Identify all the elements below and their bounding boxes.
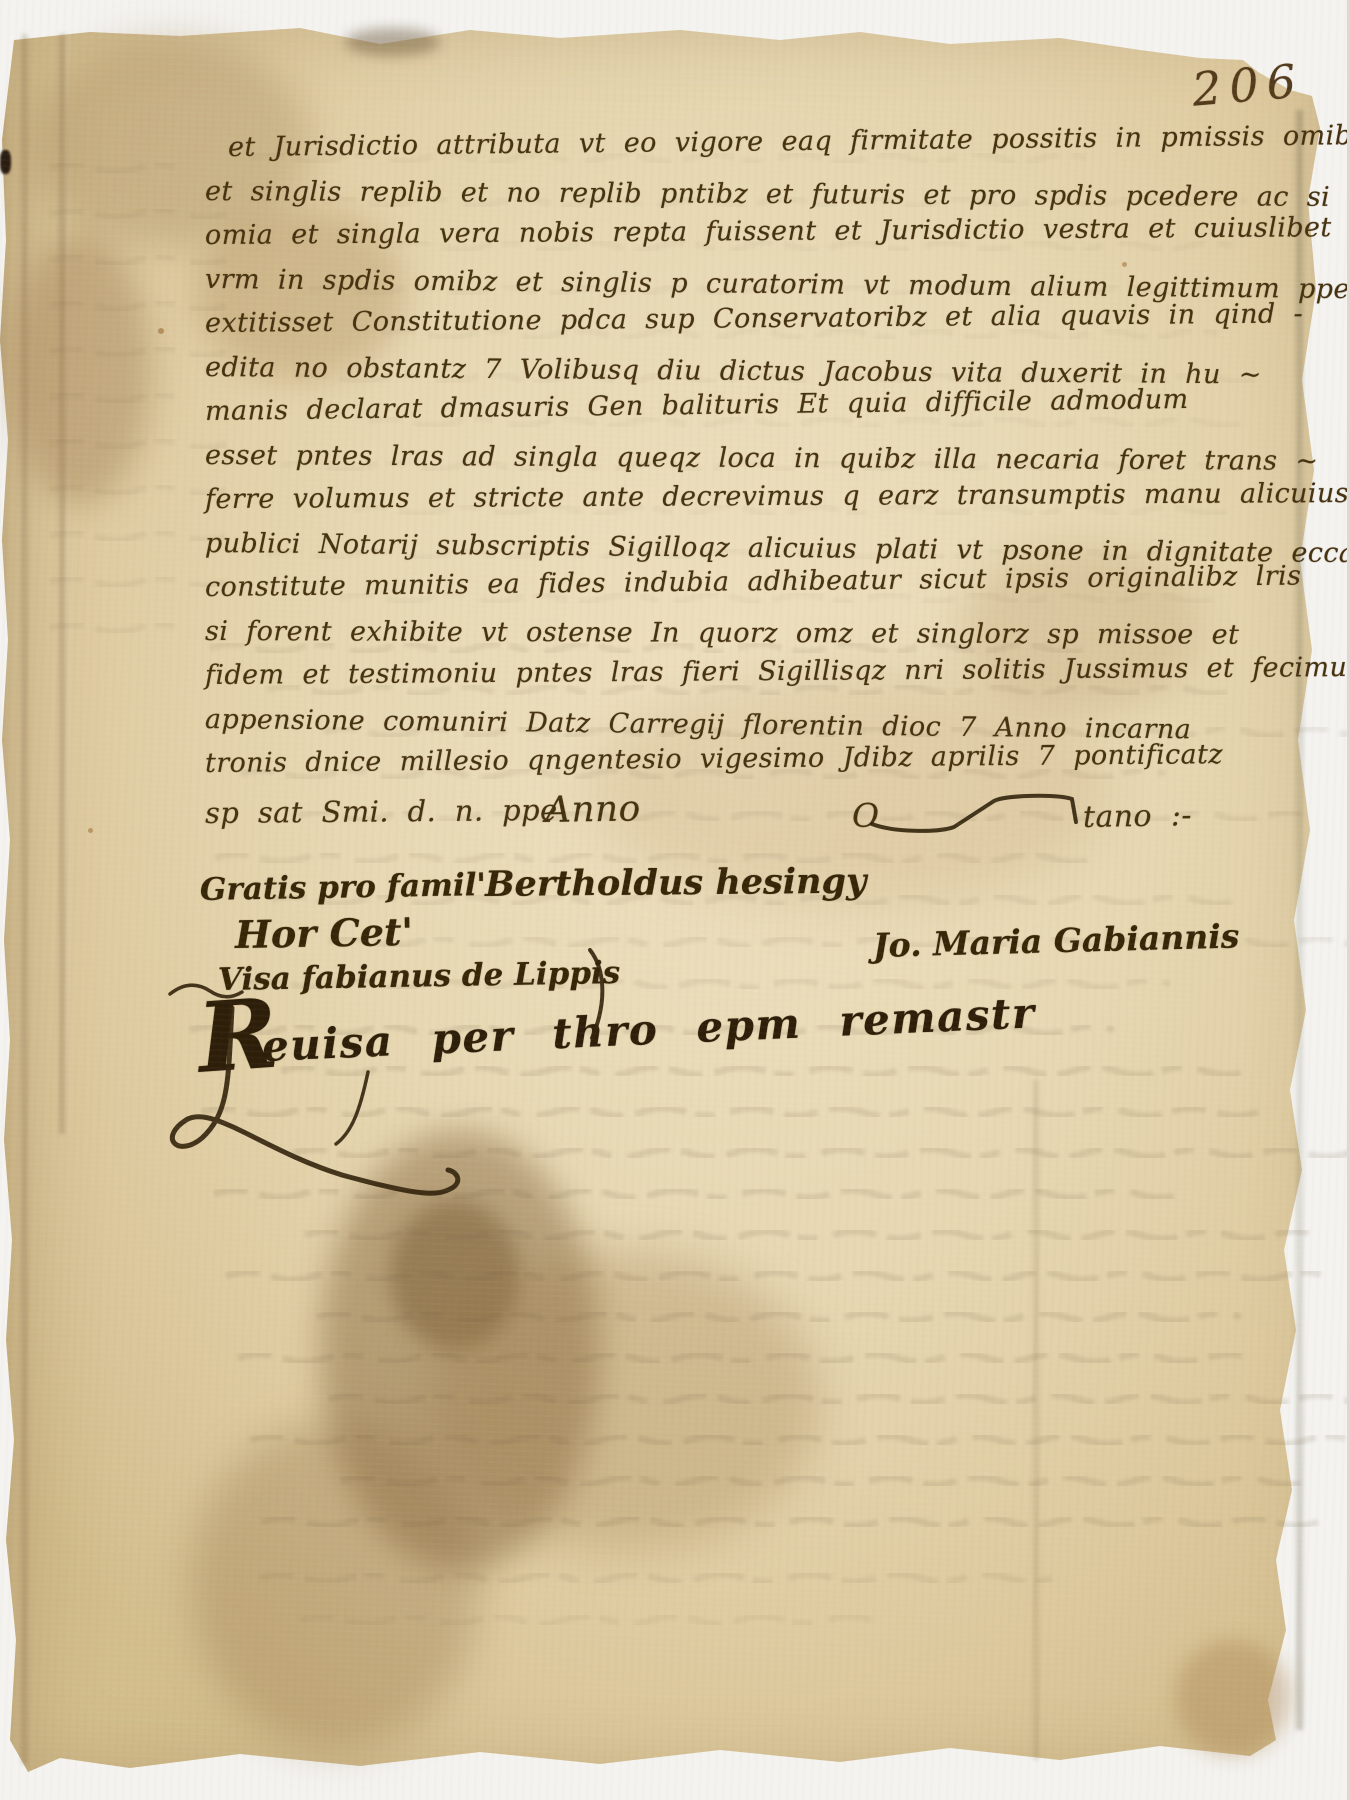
manuscript-scan: et Jurisdictio attributa vt eo vigore ea… [0, 0, 1350, 1800]
signature-bertholdus: Bertholdus hesingy [485, 861, 867, 905]
signature-hor-cet: Hor Cet' [235, 909, 414, 957]
tano-word: tano :- [1083, 798, 1193, 835]
signature-visa: Visa fabianus de Lippis [218, 955, 621, 998]
o-flourish-letter: O [852, 796, 879, 835]
signature-gratis: Gratis pro famil' [200, 867, 487, 908]
anno-word: Anno [545, 788, 641, 831]
page-number: 206 [1190, 53, 1306, 117]
dating-line-left: sp sat Smi. d. n. ppe [205, 793, 558, 830]
